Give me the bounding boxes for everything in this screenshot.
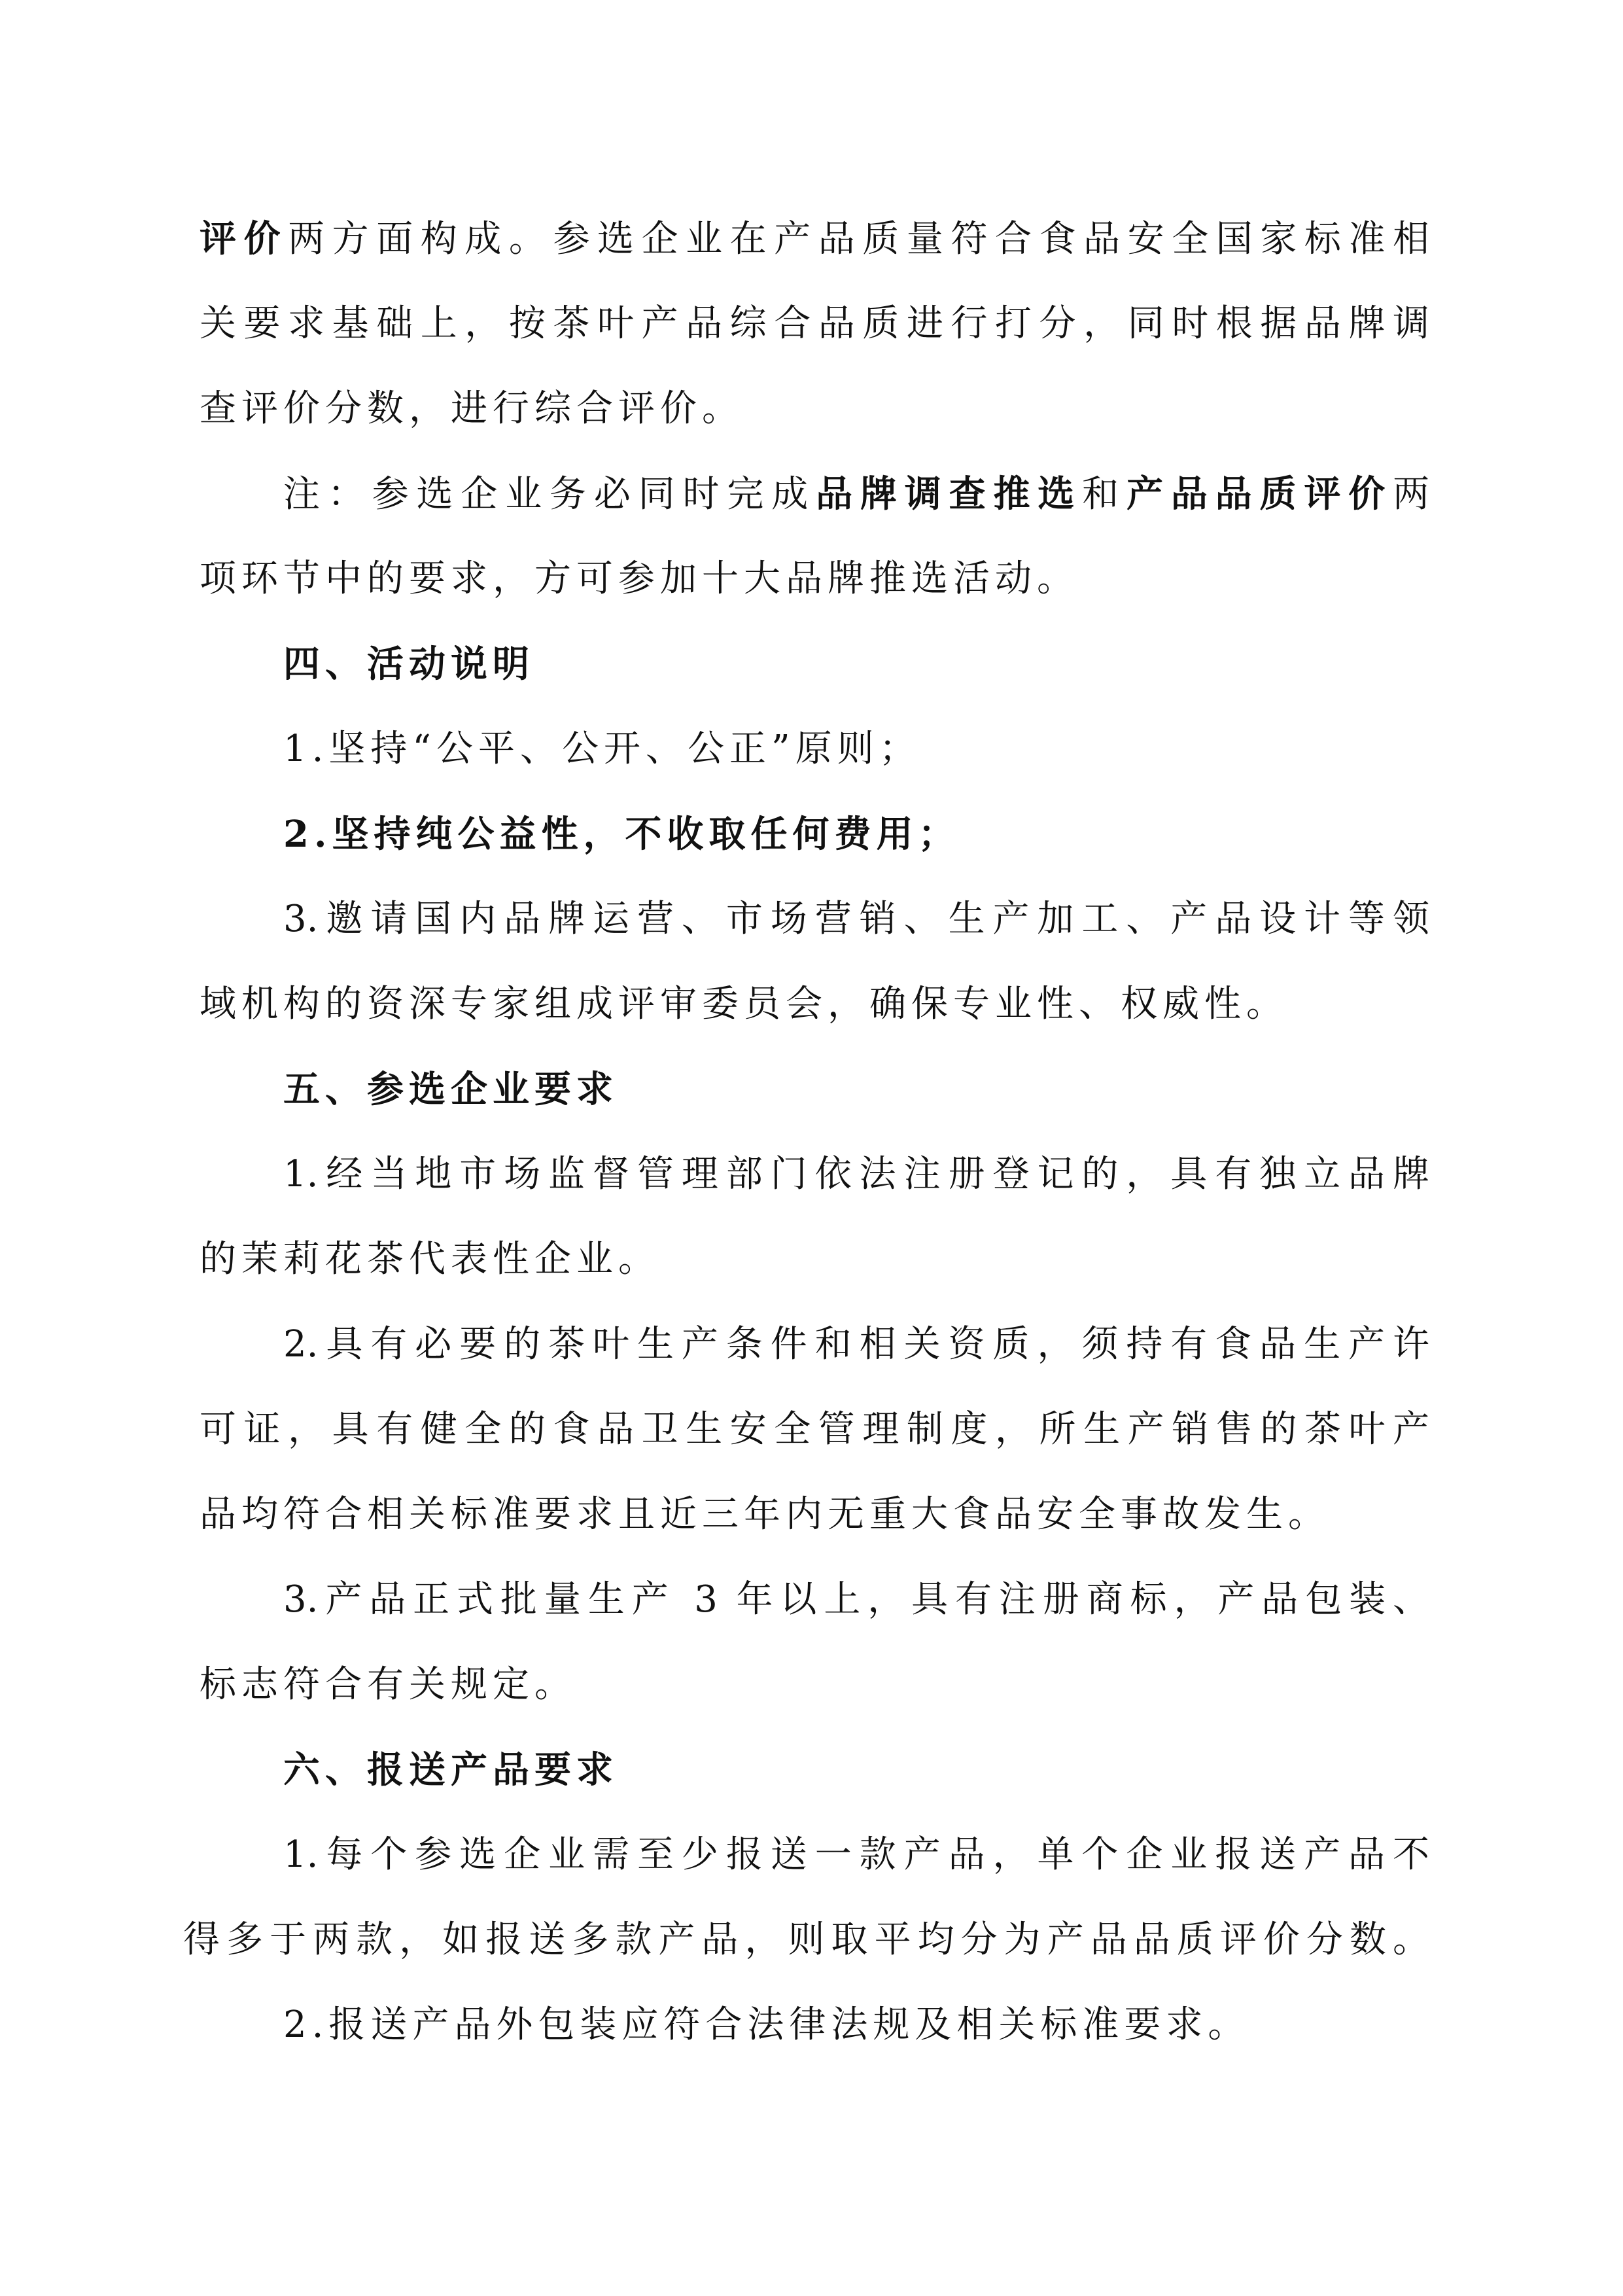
section-5-item-2-line-1: 2.具有必要的茶叶生产条件和相关资质，须持有食品生产许 bbox=[283, 1315, 1429, 1374]
note-text-1: 注：参选企业务必同时完成 bbox=[283, 473, 816, 516]
section-5-item-2-line-3: 品均符合相关标准要求且近三年内无重大食品安全事故发生。 bbox=[200, 1485, 1429, 1544]
intro-line-2-text: 关要求基础上，按茶叶产品综合品质进行打分，同时根据品牌调 bbox=[200, 302, 1429, 345]
note-text-3: 两 bbox=[1393, 473, 1429, 516]
bold-term-evaluation: 评价 bbox=[200, 217, 288, 260]
section-5-item-2-line-2: 可证，具有健全的食品卫生安全管理制度，所生产销售的茶叶产 bbox=[200, 1400, 1429, 1459]
section-6-item-1-line-2: 得多于两款，如报送多款产品，则取平均分为产品品质评价分数。 bbox=[183, 1911, 1429, 1969]
section-5-item-1-line-1: 1.经当地市场监督管理部门依法注册登记的，具有独立品牌 bbox=[283, 1145, 1429, 1204]
note-bold-quality-eval: 产品品质评价 bbox=[1126, 472, 1393, 516]
section-6-item-2: 2.报送产品外包装应符合法律法规及相关标准要求。 bbox=[283, 1996, 1429, 2055]
section-4-item-3-line-1: 3.邀请国内品牌运营、市场营销、生产加工、产品设计等领 bbox=[283, 890, 1429, 949]
section-4-item-2: 2.坚持纯公益性，不收取任何费用； bbox=[283, 805, 1429, 864]
intro-line-2: 关要求基础上，按茶叶产品综合品质进行打分，同时根据品牌调 bbox=[200, 294, 1429, 353]
note-line-1: 注：参选企业务必同时完成品牌调查推选和产品品质评价两 bbox=[283, 465, 1429, 523]
intro-line-1: 评价两方面构成。参选企业在产品质量符合食品安全国家标准相 bbox=[200, 209, 1429, 268]
note-text-2: 和 bbox=[1082, 473, 1126, 516]
section-6-item-1-line-1: 1.每个参选企业需至少报送一款产品，单个企业报送产品不 bbox=[283, 1826, 1429, 1884]
intro-line-1-text: 两方面构成。参选企业在产品质量符合食品安全国家标准相 bbox=[288, 218, 1429, 260]
section-6-heading: 六、报送产品要求 bbox=[283, 1740, 1429, 1799]
section-5-item-1-line-2: 的茉莉花茶代表性企业。 bbox=[200, 1230, 1429, 1289]
section-5-item-3-line-1: 3.产品正式批量生产 3 年以上，具有注册商标，产品包装、 bbox=[283, 1570, 1429, 1629]
section-4-heading: 四、活动说明 bbox=[283, 635, 1429, 694]
section-4-item-1: 1.坚持“公平、公开、公正”原则； bbox=[283, 720, 1429, 779]
section-5-heading: 五、参选企业要求 bbox=[283, 1060, 1429, 1119]
intro-line-3: 查评价分数，进行综合评价。 bbox=[200, 380, 1429, 438]
section-5-item-3-line-2: 标志符合有关规定。 bbox=[200, 1655, 1429, 1714]
note-bold-brand-survey: 品牌调查推选 bbox=[816, 472, 1082, 516]
intro-line-3-text: 查评价分数，进行综合评价。 bbox=[200, 387, 744, 430]
note-line-2-text: 项环节中的要求，方可参加十大品牌推选活动。 bbox=[200, 557, 1079, 600]
note-line-2: 项环节中的要求，方可参加十大品牌推选活动。 bbox=[200, 550, 1429, 609]
document-page: 评价两方面构成。参选企业在产品质量符合食品安全国家标准相 关要求基础上，按茶叶产… bbox=[0, 0, 1623, 2296]
section-4-item-3-line-2: 域机构的资深专家组成评审委员会，确保专业性、权威性。 bbox=[200, 975, 1429, 1034]
